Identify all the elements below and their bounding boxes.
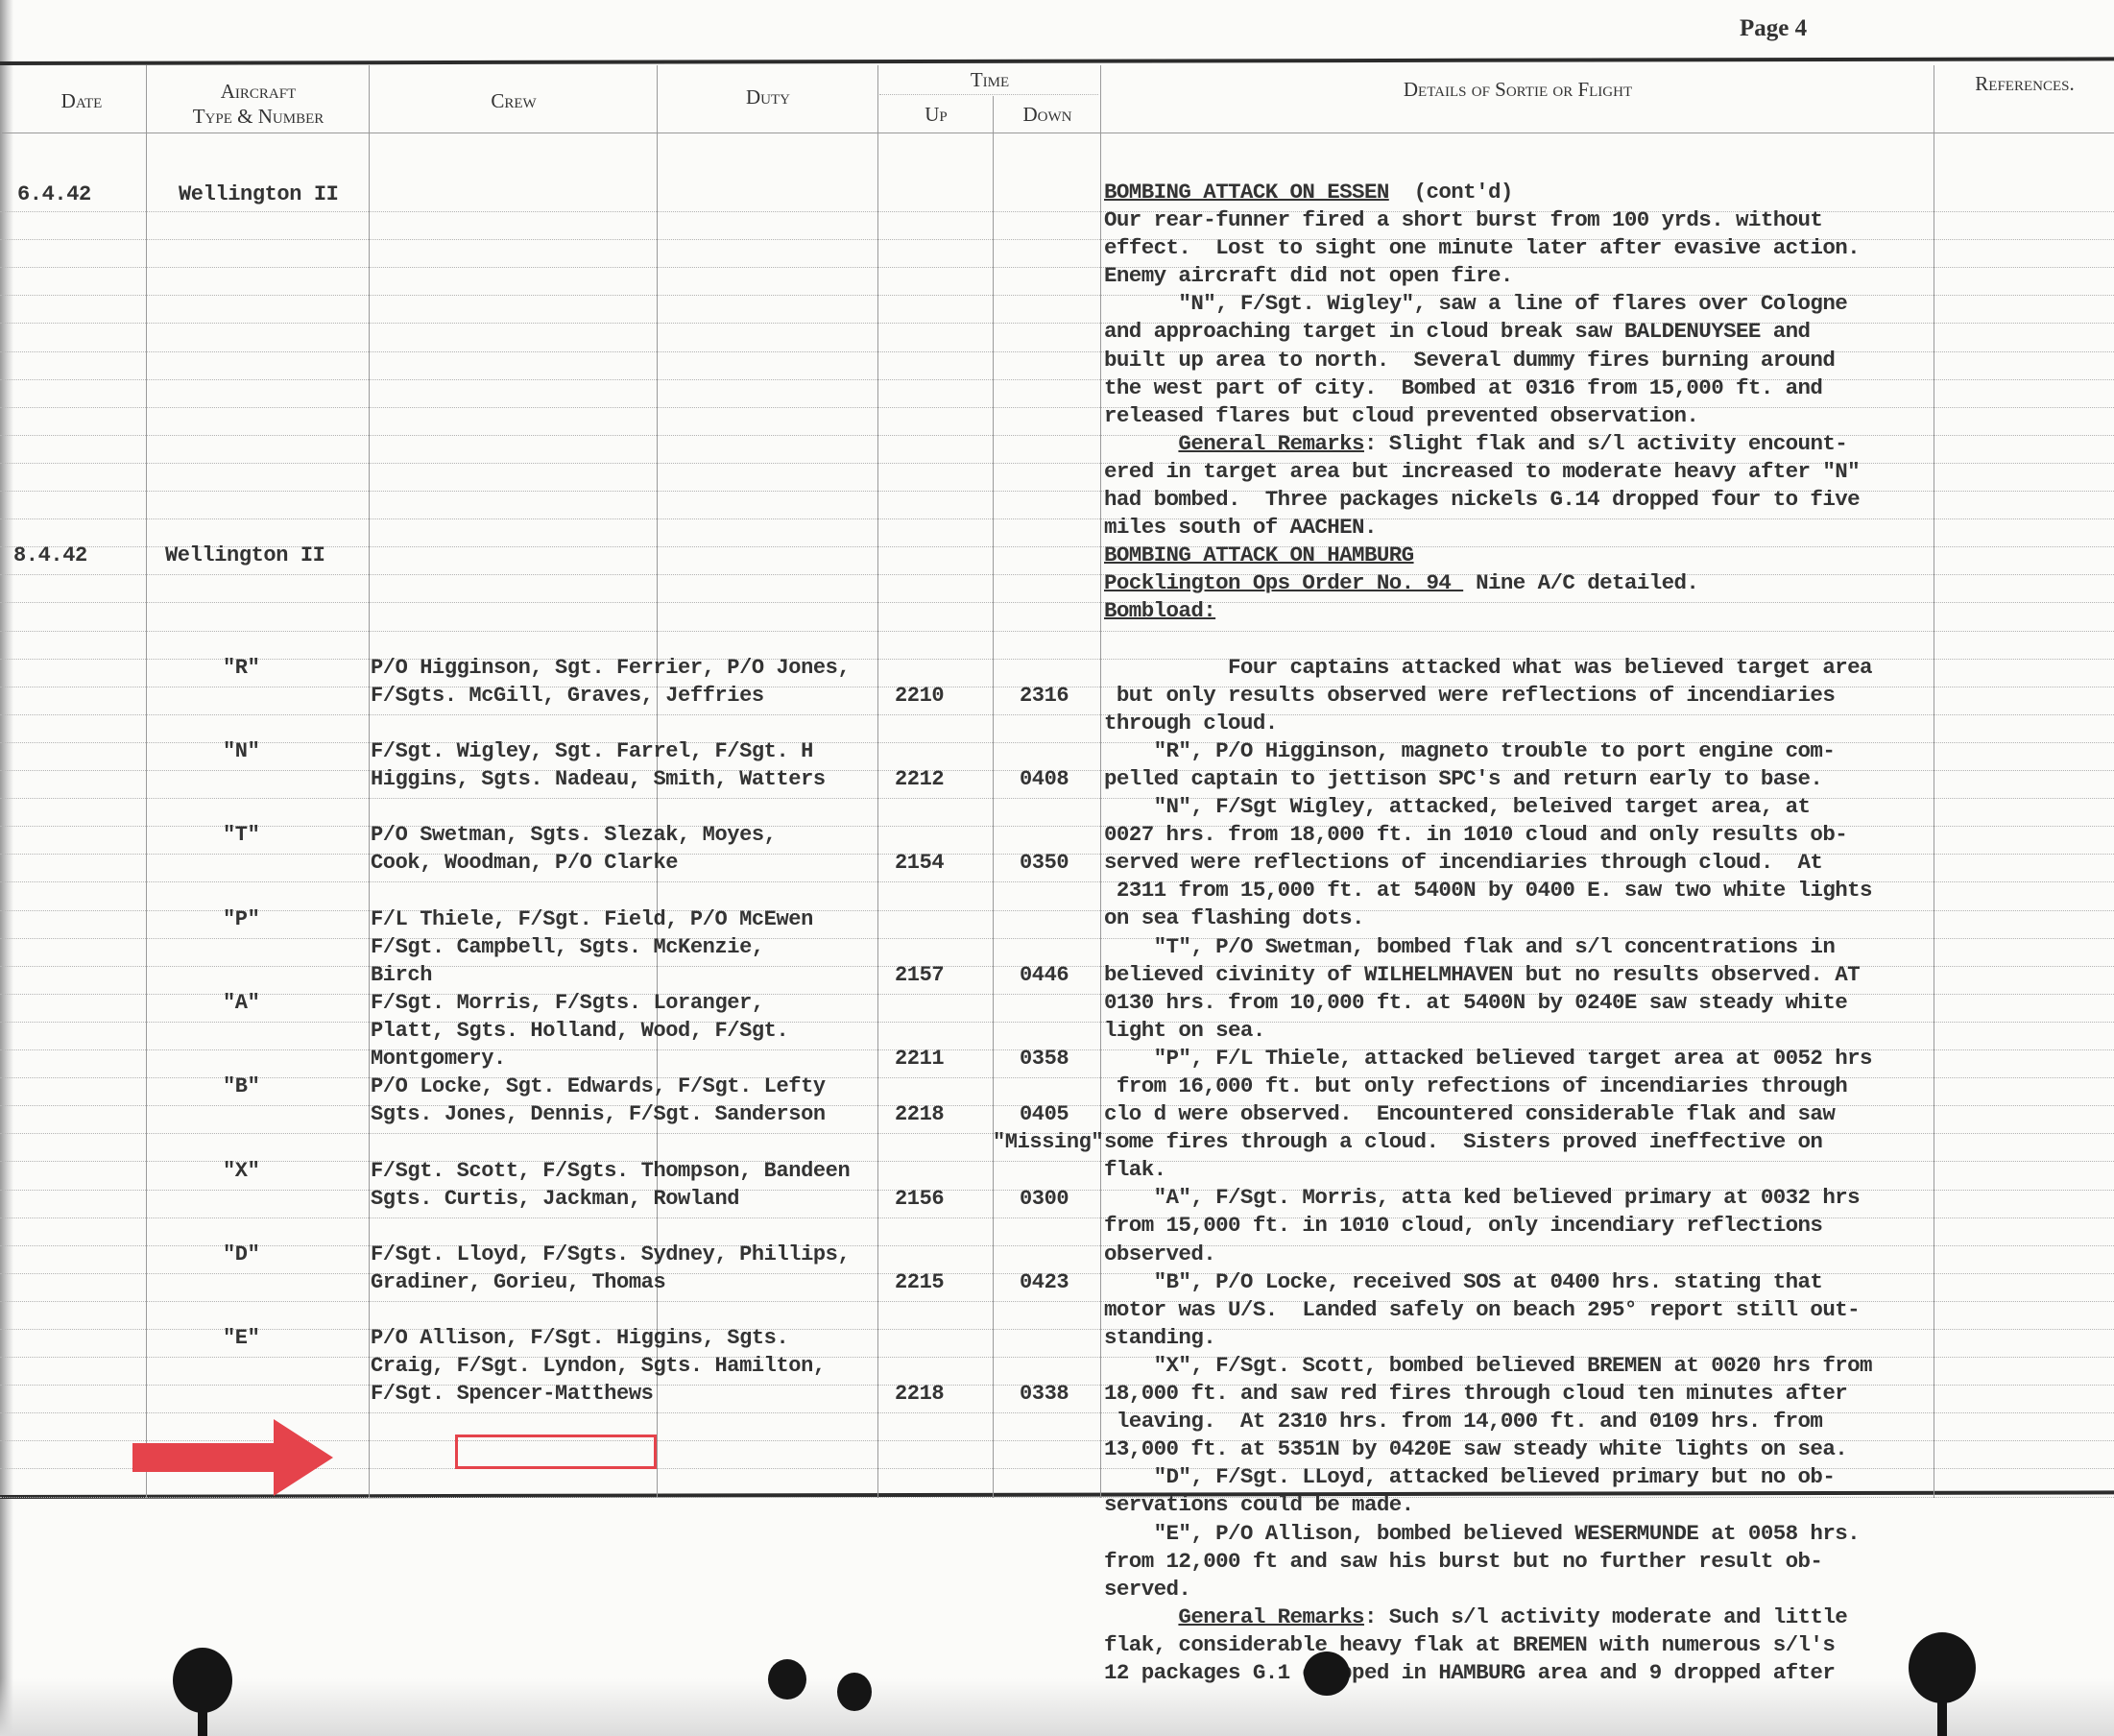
column-divider: [993, 96, 994, 1498]
details-line: flak.: [1104, 1156, 1949, 1184]
time-up: 2218: [895, 1102, 944, 1126]
details-line: BOMBING ATTACK ON HAMBURG: [1104, 542, 1949, 569]
time-down: 0338: [1020, 1382, 1069, 1406]
time-down: 0300: [1020, 1187, 1069, 1211]
header-details: Details of Sortie or Flight: [1102, 77, 1934, 102]
entry-aircraft: Wellington II: [165, 543, 324, 567]
crew-line: Sgts. Curtis, Jackman, Rowland: [371, 1187, 739, 1211]
column-divider: [146, 65, 147, 1498]
punch-hole-stem: [198, 1700, 207, 1736]
time-up: 2156: [895, 1187, 944, 1211]
crew-line: P/O Swetman, Sgts. Slezak, Moyes,: [371, 823, 776, 847]
details-line: 2311 from 15,000 ft. at 5400N by 0400 E.…: [1104, 877, 1949, 904]
details-line: some fires through a cloud. Sisters prov…: [1104, 1128, 1949, 1156]
ink-blot: [837, 1673, 872, 1711]
aircraft-letter: "A": [223, 991, 259, 1015]
details-line: ered in target area but increased to mod…: [1104, 458, 1949, 486]
time-down: 0358: [1020, 1047, 1069, 1071]
details-line: Pocklington Ops Order No. 94 Nine A/C de…: [1104, 569, 1949, 597]
crew-line: F/Sgt. Morris, F/Sgts. Loranger,: [371, 991, 764, 1015]
annotation-arrow-icon: [274, 1419, 333, 1496]
details-line: Bombload:: [1104, 597, 1949, 625]
details-line: Four captains attacked what was believed…: [1104, 654, 1949, 682]
details-line: effect. Lost to sight one minute later a…: [1104, 234, 1949, 262]
punch-hole-stem: [1937, 1690, 1947, 1736]
header-aircraft-line2: Type & Number: [149, 104, 368, 129]
details-line: motor was U/S. Landed safely on beach 29…: [1104, 1296, 1949, 1324]
details-line: "P", F/L Thiele, attacked believed targe…: [1104, 1045, 1949, 1073]
crew-line: F/Sgts. McGill, Graves, Jeffries: [371, 684, 764, 708]
crew-line: F/Sgt. Scott, F/Sgts. Thompson, Bandeen: [371, 1159, 850, 1183]
ink-blot: [768, 1659, 806, 1700]
crew-line: F/Sgt. Lloyd, F/Sgts. Sydney, Phillips,: [371, 1242, 850, 1266]
crew-text: Sgts. Hamilton,: [629, 1354, 826, 1378]
details-line: observed.: [1104, 1241, 1949, 1268]
details-line: from 15,000 ft. in 1010 cloud, only ince…: [1104, 1212, 1949, 1240]
details-line: 12 packages G.1 dropped in HAMBURG area …: [1104, 1659, 1949, 1687]
highlighted-crew-member: F/Sgt. Lyndon,: [457, 1354, 629, 1378]
details-line: "R", P/O Higginson, magneto trouble to p…: [1104, 737, 1949, 765]
crew-line: P/O Higginson, Sgt. Ferrier, P/O Jones,: [371, 656, 850, 680]
header-aircraft: Aircraft Type & Number: [149, 79, 368, 129]
aircraft-letter: "P": [223, 907, 259, 931]
crew-line: F/Sgt. Spencer-Matthews: [371, 1382, 653, 1406]
header-time-down: Down: [995, 102, 1100, 127]
details-line: leaving. At 2310 hrs. from 14,000 ft. an…: [1104, 1408, 1949, 1435]
details-line: clo d were observed. Encountered conside…: [1104, 1100, 1949, 1128]
details-line: flak, considerable heavy flak at BREMEN …: [1104, 1631, 1949, 1659]
entry-aircraft: Wellington II: [179, 182, 338, 206]
crew-line: Gradiner, Gorieu, Thomas: [371, 1270, 665, 1294]
underlined-heading: General Remarks: [1178, 431, 1364, 456]
details-line: "N", F/Sgt Wigley, attacked, beleived ta…: [1104, 793, 1949, 821]
aircraft-letter: "D": [223, 1242, 259, 1266]
time-up: 2154: [895, 851, 944, 875]
details-line: 13,000 ft. at 5351N by 0420E saw steady …: [1104, 1435, 1949, 1463]
details-line: but only results observed were reflectio…: [1104, 682, 1949, 710]
page-number: Page 4: [1740, 15, 1807, 42]
crew-line: P/O Allison, F/Sgt. Higgins, Sgts.: [371, 1326, 788, 1350]
underlined-heading: Bombload:: [1104, 598, 1215, 623]
details-line: 0027 hrs. from 18,000 ft. in 1010 cloud …: [1104, 821, 1949, 849]
time-down: 0350: [1020, 851, 1069, 875]
details-line: released flares but cloud prevented obse…: [1104, 402, 1949, 430]
time-up: 2211: [895, 1047, 944, 1071]
header-references: References.: [1935, 71, 2114, 96]
crew-line: Cook, Woodman, P/O Clarke: [371, 851, 678, 875]
crew-line: Montgomery.: [371, 1047, 506, 1071]
header-time-up: Up: [879, 102, 993, 127]
details-line: on sea flashing dots.: [1104, 904, 1949, 932]
top-rule: [0, 57, 2114, 65]
aircraft-letter: "N": [223, 739, 259, 763]
ink-blot: [1304, 1652, 1350, 1696]
header-bottom-rule: [2, 133, 2114, 133]
details-line: believed civinity of WILHELMHAVEN but no…: [1104, 961, 1949, 989]
details-line: had bombed. Three packages nickels G.14 …: [1104, 486, 1949, 514]
underlined-heading: General Remarks: [1178, 1604, 1364, 1629]
time-down: 0405: [1020, 1102, 1069, 1126]
details-line: through cloud.: [1104, 710, 1949, 737]
details-line: from 16,000 ft. but only refections of i…: [1104, 1073, 1949, 1100]
aircraft-letter: "B": [223, 1074, 259, 1098]
details-line: light on sea.: [1104, 1017, 1949, 1045]
crew-line: F/Sgt. Campbell, Sgts. McKenzie,: [371, 935, 764, 959]
details-line: 0130 hrs. from 10,000 ft. at 5400N by 02…: [1104, 989, 1949, 1017]
crew-line: Platt, Sgts. Holland, Wood, F/Sgt.: [371, 1019, 788, 1043]
details-line: miles south of AACHEN.: [1104, 514, 1949, 542]
header-time: Time: [879, 67, 1100, 92]
crew-line: Higgins, Sgts. Nadeau, Smith, Watters: [371, 767, 826, 791]
aircraft-letter: "X": [223, 1159, 259, 1183]
details-line: Enemy aircraft did not open fire.: [1104, 262, 1949, 290]
header-aircraft-line1: Aircraft: [149, 79, 368, 104]
details-line: "X", F/Sgt. Scott, bombed believed BREME…: [1104, 1352, 1949, 1380]
column-divider: [369, 65, 370, 1498]
time-up: 2157: [895, 963, 944, 987]
details-line: pelled captain to jettison SPC's and ret…: [1104, 765, 1949, 793]
time-header-divider: [879, 94, 1098, 95]
crew-line: Birch: [371, 963, 432, 987]
header-date: Date: [19, 88, 144, 113]
underlined-heading: BOMBING ATTACK ON HAMBURG: [1104, 542, 1414, 567]
details-line: "E", P/O Allison, bombed believed WESERM…: [1104, 1520, 1949, 1548]
time-up: 2215: [895, 1270, 944, 1294]
header-duty: Duty: [659, 84, 877, 109]
time-up: 2212: [895, 767, 944, 791]
highlight-box: [455, 1435, 657, 1469]
status-note: "Missing": [993, 1130, 1103, 1154]
details-line: [1104, 626, 1949, 654]
aircraft-letter: "E": [223, 1326, 259, 1350]
aircraft-letter: "R": [223, 656, 259, 680]
details-line: servations could be made.: [1104, 1491, 1949, 1519]
time-down: 2316: [1020, 684, 1069, 708]
details-line: from 12,000 ft and saw his burst but no …: [1104, 1548, 1949, 1576]
crew-text: Craig,: [371, 1354, 457, 1378]
details-line: "T", P/O Swetman, bombed flak and s/l co…: [1104, 933, 1949, 961]
details-line: served.: [1104, 1576, 1949, 1603]
header-crew: Crew: [371, 88, 657, 113]
crew-line: Sgts. Jones, Dennis, F/Sgt. Sanderson: [371, 1102, 826, 1126]
details-line: built up area to north. Several dummy fi…: [1104, 347, 1949, 374]
details-line: the west part of city. Bombed at 0316 fr…: [1104, 374, 1949, 402]
column-divider: [1100, 65, 1101, 1498]
details-line: Our rear-funner fired a short burst from…: [1104, 206, 1949, 234]
details-line: BOMBING ATTACK ON ESSEN (cont'd): [1104, 179, 1949, 206]
details-line: served were reflections of incendiaries …: [1104, 849, 1949, 877]
scan-edge-shadow: [0, 0, 13, 1736]
details-line: "A", F/Sgt. Morris, atta ked believed pr…: [1104, 1184, 1949, 1212]
time-up: 2210: [895, 684, 944, 708]
crew-line: Craig, F/Sgt. Lyndon, Sgts. Hamilton,: [371, 1354, 826, 1378]
time-down: 0423: [1020, 1270, 1069, 1294]
details-line: and approaching target in cloud break sa…: [1104, 318, 1949, 346]
underlined-heading: BOMBING ATTACK ON ESSEN: [1104, 180, 1389, 205]
time-up: 2218: [895, 1382, 944, 1406]
details-line: General Remarks: Slight flak and s/l act…: [1104, 430, 1949, 458]
crew-line: F/Sgt. Wigley, Sgt. Farrel, F/Sgt. H: [371, 739, 813, 763]
time-down: 0408: [1020, 767, 1069, 791]
details-line: "N", F/Sgt. Wigley", saw a line of flare…: [1104, 290, 1949, 318]
entry-date: 6.4.42: [17, 182, 91, 206]
details-line: "D", F/Sgt. LLoyd, attacked believed pri…: [1104, 1463, 1949, 1491]
entry-date: 8.4.42: [13, 543, 87, 567]
details-line: General Remarks: Such s/l activity moder…: [1104, 1603, 1949, 1631]
crew-line: F/L Thiele, F/Sgt. Field, P/O McEwen: [371, 907, 813, 931]
aircraft-letter: "T": [223, 823, 259, 847]
details-line: "B", P/O Locke, received SOS at 0400 hrs…: [1104, 1268, 1949, 1296]
sortie-details: BOMBING ATTACK ON ESSEN (cont'd)Our rear…: [1104, 179, 1949, 1687]
details-line: standing.: [1104, 1324, 1949, 1352]
underlined-heading: Pocklington Ops Order No. 94: [1104, 570, 1463, 595]
column-divider: [877, 65, 878, 1498]
details-line: 18,000 ft. and saw red fires through clo…: [1104, 1380, 1949, 1408]
time-down: 0446: [1020, 963, 1069, 987]
annotation-arrow-shaft: [132, 1443, 276, 1472]
crew-line: P/O Locke, Sgt. Edwards, F/Sgt. Lefty: [371, 1074, 826, 1098]
